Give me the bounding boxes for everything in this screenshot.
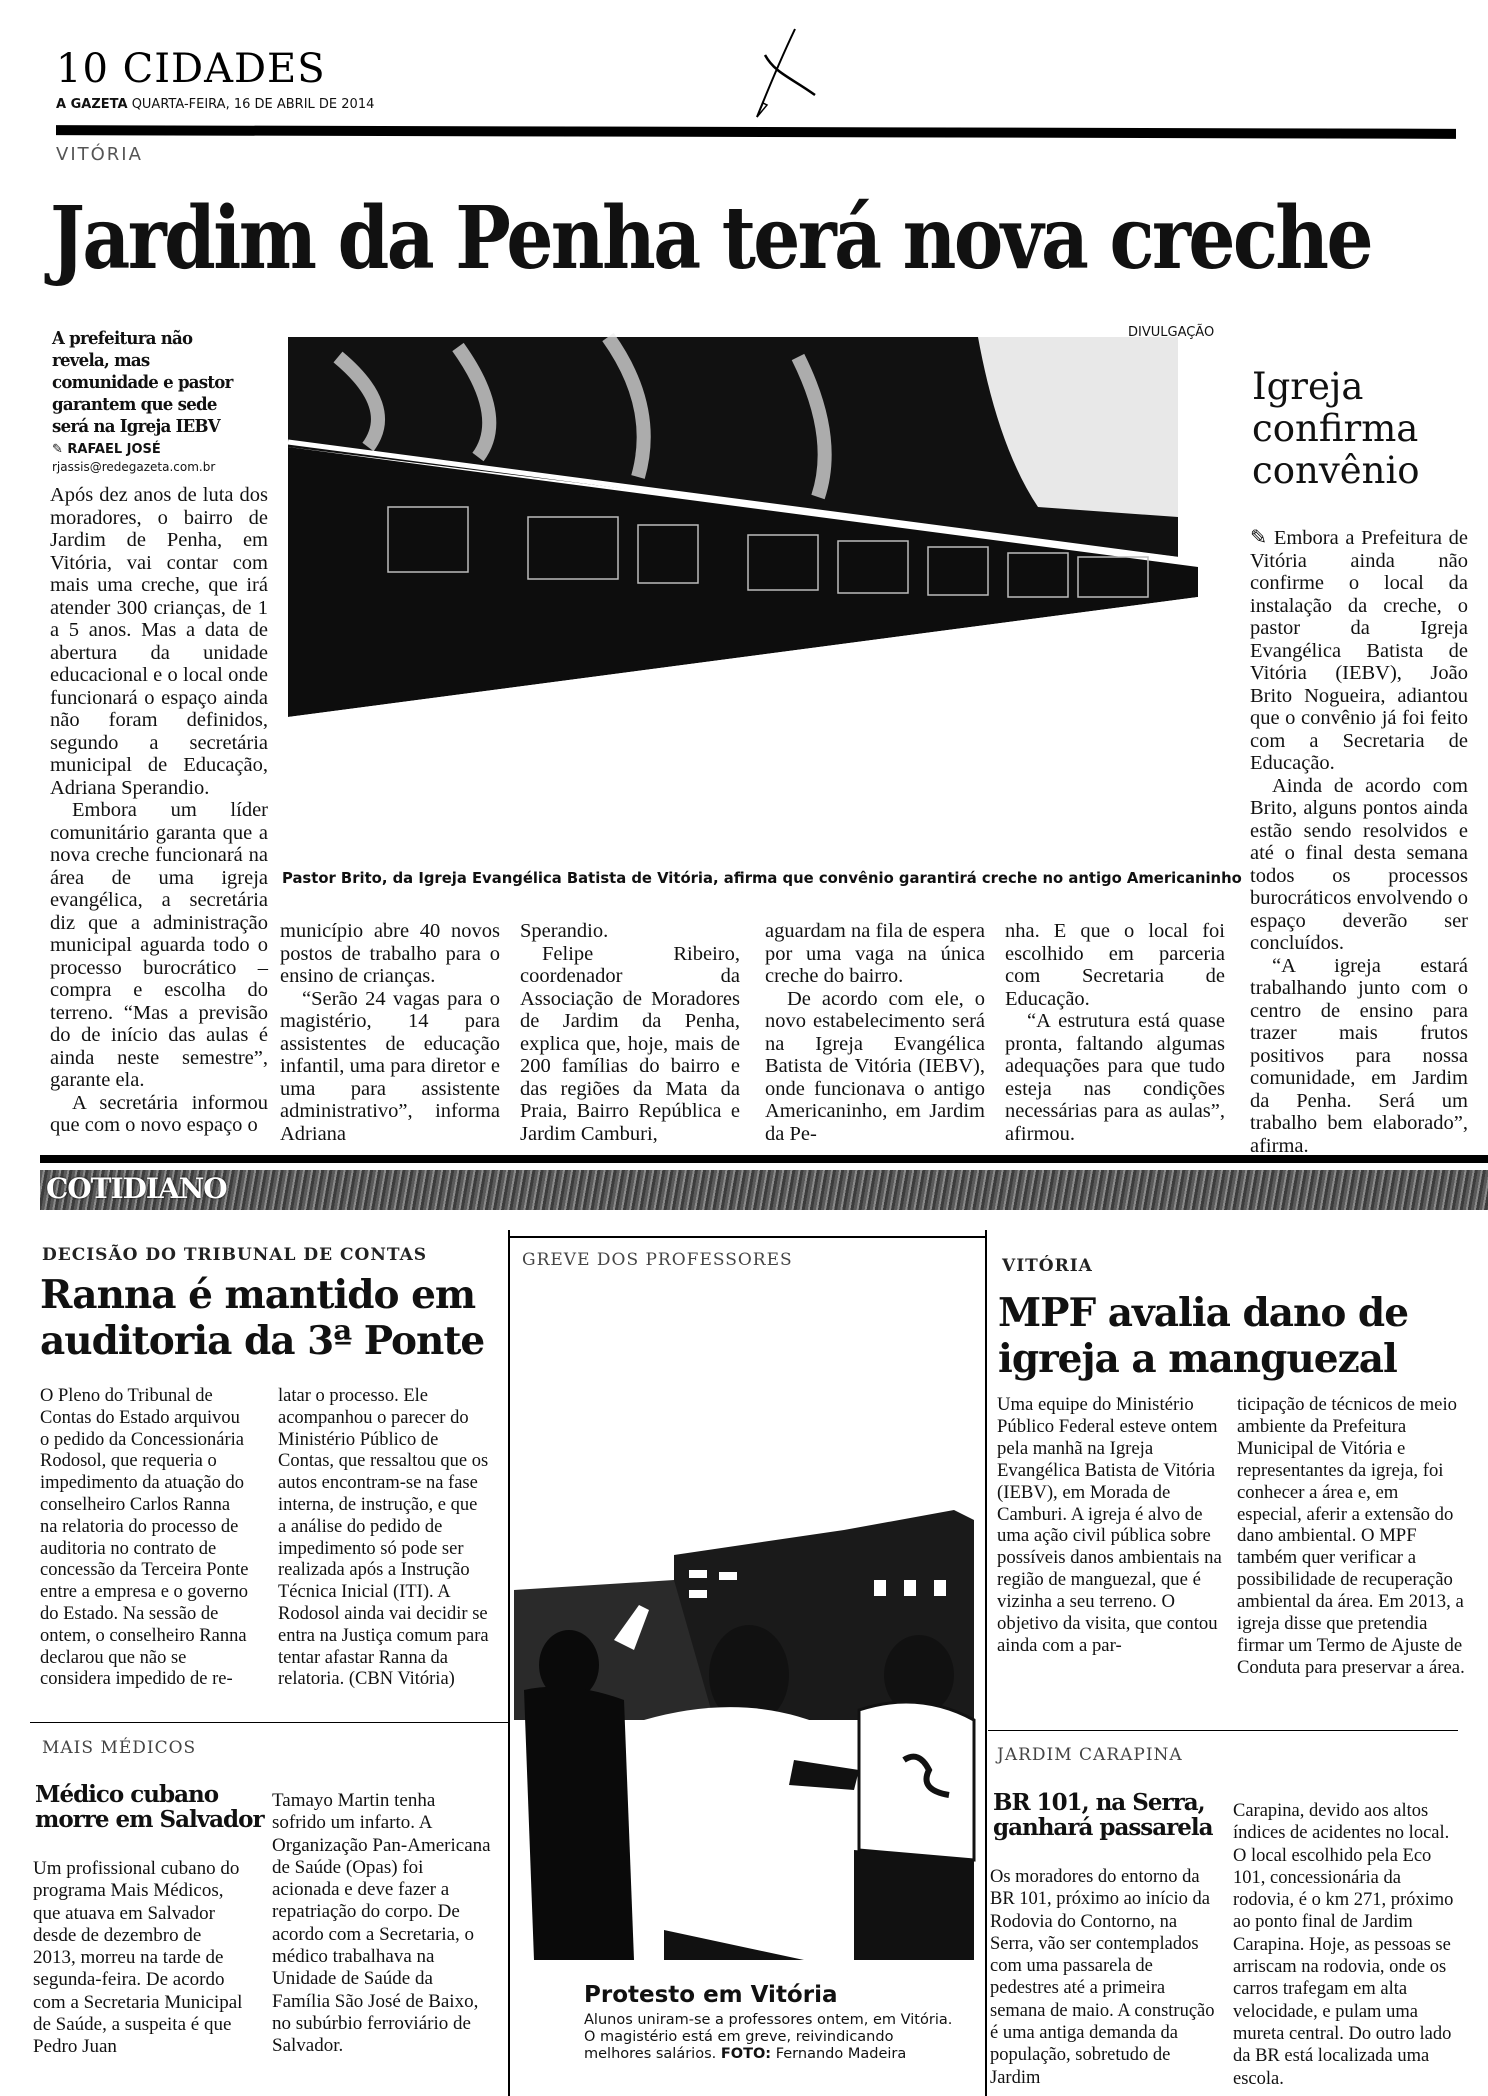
photo-credit-name: Fernando Madeira (776, 2046, 907, 2062)
article-column: Um profissional cubano do programa Mais … (33, 1858, 248, 2059)
page-number-section: 10 CIDADES (56, 46, 326, 92)
article-kicker: GREVE DOS PROFESSORES (522, 1250, 793, 1270)
lead-headline: Jardim da Penha terá nova creche (50, 188, 1371, 289)
paragraph: município abre 40 novos postos de trabal… (280, 920, 500, 988)
article-kicker: DECISÃO DO TRIBUNAL DE CONTAS (42, 1245, 427, 1265)
photo-credit-label: FOTO: (721, 2046, 771, 2062)
paragraph: “Serão 24 vagas para o magistério, 14 pa… (280, 988, 500, 1146)
lead-column-4: aguardam na fila de espera por uma vaga … (765, 920, 985, 1145)
paper-name: A GAZETA (56, 97, 128, 112)
paragraph: Embora um líder comunitário garanta que … (50, 799, 268, 1092)
paragraph: A secretária informou que com o novo esp… (50, 1092, 268, 1137)
pen-icon: ✎ (52, 442, 67, 457)
byline-name: RAFAEL JOSÉ (67, 442, 160, 457)
pen-icon: ✎ (1250, 527, 1274, 549)
lead-photo-caption: Pastor Brito, da Igreja Evangélica Batis… (282, 870, 1232, 887)
date-line: QUARTA-FEIRA, 16 DE ABRIL DE 2014 (132, 97, 375, 112)
section-kicker: VITÓRIA (56, 144, 143, 165)
paragraph: “A igreja estará trabalhando junto com o… (1250, 955, 1468, 1158)
paragraph: nha. E que o local foi escolhido em parc… (1005, 920, 1225, 1010)
article-column: ticipação de técnicos de meio ambiente d… (1237, 1394, 1467, 1679)
article-headline: Ranna é mantido em auditoria da 3ª Ponte (40, 1272, 500, 1364)
sidebar-headline: Igreja confirma convênio (1252, 366, 1472, 492)
paragraph: aguardam na fila de espera por uma vaga … (765, 920, 985, 988)
photo-credit: DIVULGAÇÃO (1128, 325, 1214, 340)
article-column: Tamayo Martin tenha sofrido um infarto. … (272, 1790, 492, 2058)
protest-photo (514, 1390, 979, 1960)
article-headline: MPF avalia dano de igreja a manguezal (998, 1290, 1478, 1382)
cotidiano-rule (40, 1155, 1488, 1163)
paragraph: Felipe Ribeiro, coordenador da Associaçã… (520, 943, 740, 1146)
article-headline: BR 101, na Serra, ganhará passarela (993, 1790, 1233, 1840)
cotidiano-band (40, 1170, 1488, 1210)
handwritten-x-icon (745, 25, 865, 125)
lead-column-2: município abre 40 novos postos de trabal… (280, 920, 500, 1145)
article-column: Carapina, devido aos altos índices de ac… (1233, 1800, 1458, 2090)
column-divider (985, 1230, 987, 2096)
lead-photo (278, 327, 1218, 787)
paragraph: “A estrutura está quase pronta, faltando… (1005, 1010, 1225, 1145)
lead-column-3: Sperandio. Felipe Ribeiro, coordenador d… (520, 920, 740, 1145)
article-headline: Médico cubano morre em Salvador (35, 1782, 275, 1832)
section-rule (510, 1236, 985, 1238)
header-rule (56, 125, 1456, 139)
sidebar-body: ✎ Embora a Prefeitura de Vitória ainda n… (1250, 527, 1468, 1157)
paragraph: Ainda de acordo com Brito, alguns pontos… (1250, 775, 1468, 955)
lead-column-5: nha. E que o local foi escolhido em parc… (1005, 920, 1225, 1145)
paragraph: Após dez anos de luta dos moradores, o b… (50, 484, 268, 799)
paragraph: ✎ Embora a Prefeitura de Vitória ainda n… (1250, 527, 1468, 775)
article-kicker: JARDIM CARAPINA (997, 1745, 1183, 1765)
byline: ✎ RAFAEL JOSÉ (52, 442, 161, 457)
article-kicker: VITÓRIA (1002, 1256, 1093, 1276)
paragraph: Sperandio. (520, 920, 740, 943)
article-column: latar o processo. Ele acompanhou o parec… (278, 1386, 490, 1691)
byline-email[interactable]: rjassis@redegazeta.com.br (52, 460, 215, 474)
article-column: O Pleno do Tribunal de Contas do Estado … (40, 1386, 250, 1691)
article-kicker: MAIS MÉDICOS (42, 1738, 196, 1758)
protest-caption-title: Protesto em Vitória (584, 1982, 837, 2008)
paragraph: De acordo com ele, o novo estabeleciment… (765, 988, 985, 1146)
article-column: Uma equipe do Ministério Público Federal… (997, 1394, 1222, 1657)
column-divider (508, 1230, 510, 2096)
paper-dateline: A GAZETA QUARTA-FEIRA, 16 DE ABRIL DE 20… (56, 97, 374, 112)
lead-column-1: Após dez anos de luta dos moradores, o b… (50, 484, 268, 1137)
article-column: Os moradores do entorno da BR 101, próxi… (990, 1866, 1215, 2089)
section-rule (988, 1730, 1458, 1731)
protest-caption-text: Alunos uniram-se a professores ontem, em… (584, 2012, 964, 2063)
lead-deck: A prefeitura não revela, mas comunidade … (52, 328, 245, 438)
section-rule (30, 1722, 508, 1723)
cotidiano-label: COTIDIANO (46, 1172, 227, 1205)
